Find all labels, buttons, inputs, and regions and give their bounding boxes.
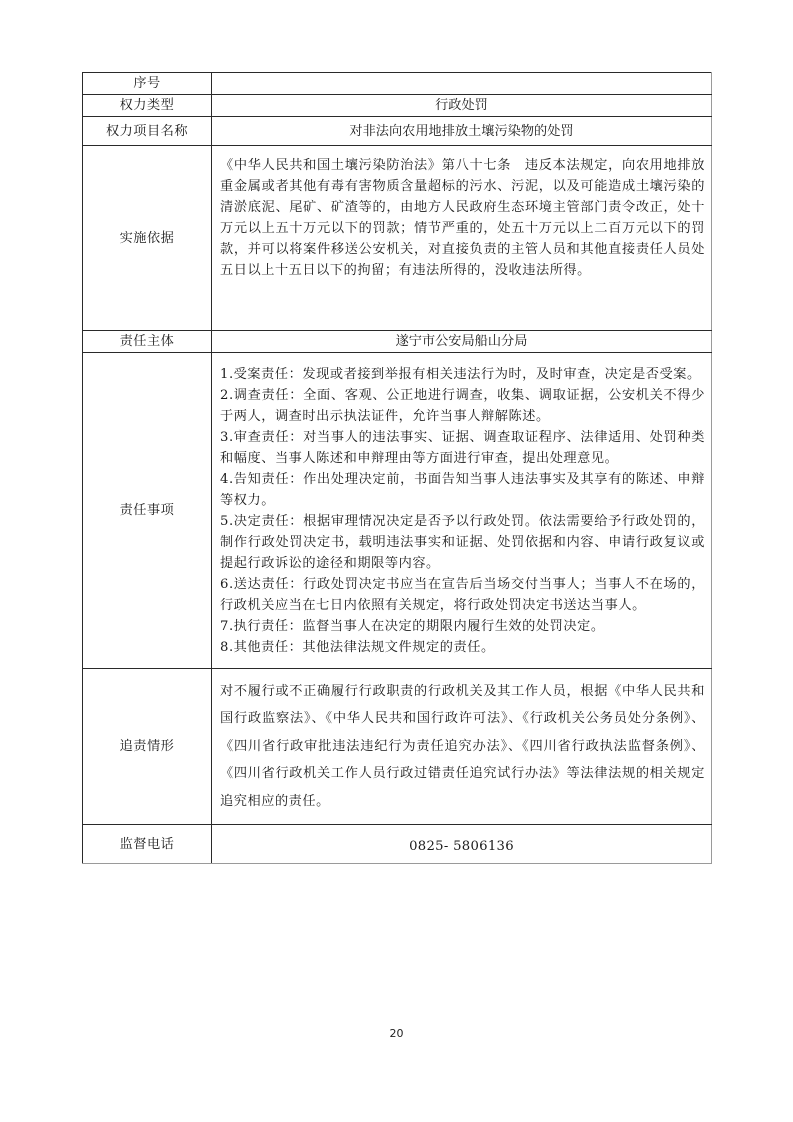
value-responsible-subject: 遂宁市公安局船山分局 xyxy=(212,331,712,353)
implementation-basis-text: 《中华人民共和国土壤污染防治法》第八十七条 违反本法规定，向农用地排放重金属或者… xyxy=(220,155,705,321)
row-responsible-subject: 责任主体 遂宁市公安局船山分局 xyxy=(83,331,712,353)
label-power-item-name: 权力项目名称 xyxy=(83,117,212,146)
duty-item-review: 3.审查责任：对当事人的违法事实、证据、调查取证程序、法律适用、处罚种类和幅度、… xyxy=(220,427,705,469)
row-serial-number: 序号 xyxy=(83,73,712,95)
value-responsibilities: 1.受案责任：发现或者接到举报有相关违法行为时，及时审查，决定是否受案。 2.调… xyxy=(212,353,712,669)
duty-item-notification: 4.告知责任：作出处理决定前，书面告知当事人违法事实及其享有的陈述、申辩等权力。 xyxy=(220,469,705,511)
value-accountability: 对不履行或不正确履行行政职责的行政机关及其工作人员，根据《中华人民共和国行政监察… xyxy=(212,669,712,825)
duty-item-execution: 7.执行责任：监督当事人在决定的期限内履行生效的处罚决定。 xyxy=(220,616,705,637)
duty-item-decision: 5.决定责任：根据审理情况决定是否予以行政处罚。依法需要给予行政处罚的，制作行政… xyxy=(220,511,705,574)
duty-item-acceptance: 1.受案责任：发现或者接到举报有相关违法行为时，及时审查，决定是否受案。 xyxy=(220,364,705,385)
label-serial-number: 序号 xyxy=(83,73,212,95)
document-page: 序号 权力类型 行政处罚 权力项目名称 对非法向农用地排放土壤污染物的处罚 实施… xyxy=(0,0,793,1122)
supervision-phone-number: 0825- 5806136 xyxy=(409,832,514,857)
value-serial-number xyxy=(212,73,712,95)
duty-item-investigation: 2.调查责任：全面、客观、公正地进行调查，收集、调取证据，公安机关不得少于两人，… xyxy=(220,385,705,427)
row-responsibilities: 责任事项 1.受案责任：发现或者接到举报有相关违法行为时，及时审查，决定是否受案… xyxy=(83,353,712,669)
duty-item-delivery: 6.送达责任：行政处罚决定书应当在宣告后当场交付当事人；当事人不在场的，行政机关… xyxy=(220,574,705,616)
label-implementation-basis: 实施依据 xyxy=(83,146,212,331)
duty-item-other: 8.其他责任：其他法律法规文件规定的责任。 xyxy=(220,637,705,658)
row-accountability: 追责情形 对不履行或不正确履行行政职责的行政机关及其工作人员，根据《中华人民共和… xyxy=(83,669,712,825)
label-accountability: 追责情形 xyxy=(83,669,212,825)
value-supervision-phone: 0825- 5806136 xyxy=(212,825,712,864)
label-supervision-phone: 监督电话 xyxy=(83,825,212,864)
page-number: 20 xyxy=(0,1027,793,1040)
row-implementation-basis: 实施依据 《中华人民共和国土壤污染防治法》第八十七条 违反本法规定，向农用地排放… xyxy=(83,146,712,331)
row-power-type: 权力类型 行政处罚 xyxy=(83,95,712,117)
power-item-table: 序号 权力类型 行政处罚 权力项目名称 对非法向农用地排放土壤污染物的处罚 实施… xyxy=(82,72,712,864)
label-responsible-subject: 责任主体 xyxy=(83,331,212,353)
row-power-item-name: 权力项目名称 对非法向农用地排放土壤污染物的处罚 xyxy=(83,117,712,146)
label-responsibilities: 责任事项 xyxy=(83,353,212,669)
label-power-type: 权力类型 xyxy=(83,95,212,117)
value-implementation-basis: 《中华人民共和国土壤污染防治法》第八十七条 违反本法规定，向农用地排放重金属或者… xyxy=(212,146,712,331)
value-power-type: 行政处罚 xyxy=(212,95,712,117)
row-supervision-phone: 监督电话 0825- 5806136 xyxy=(83,825,712,864)
value-power-item-name: 对非法向农用地排放土壤污染物的处罚 xyxy=(212,117,712,146)
